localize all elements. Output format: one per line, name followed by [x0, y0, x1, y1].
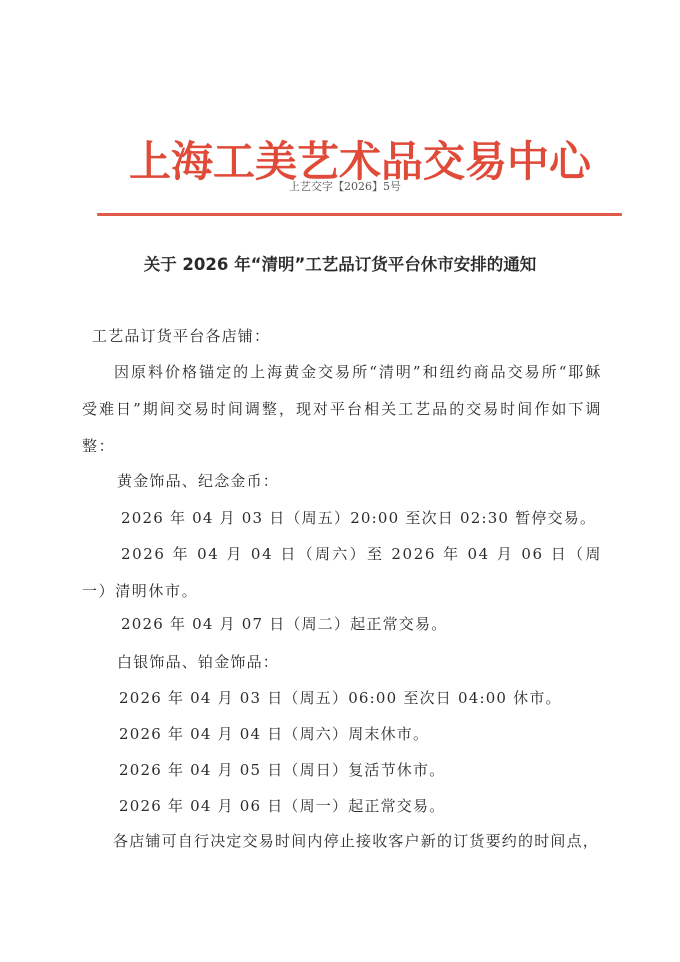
- silver-schedule-item: 2026 年 04 月 04 日（周六）周末休市。: [119, 724, 429, 744]
- silver-schedule-item: 2026 年 04 月 06 日（周一）起正常交易。: [119, 796, 445, 816]
- intro-paragraph: 因原料价格锚定的上海黄金交易所“清明”和纽约商品交易所“耶稣受难日”期间交易时间…: [82, 354, 602, 465]
- closing-paragraph: 各店铺可自行决定交易时间内停止接收客户新的订货要约的时间点，: [113, 831, 599, 851]
- gold-schedule-item: 2026 年 04 月 03 日（周五）20:00 至次日 02:30 暂停交易…: [121, 508, 596, 528]
- salutation: 工艺品订货平台各店铺：: [92, 326, 270, 346]
- section-heading-gold: 黄金饰品、纪念金币：: [117, 471, 279, 491]
- notice-title: 关于 2026 年“清明”工艺品订货平台休市安排的通知: [0, 253, 680, 277]
- silver-schedule-item: 2026 年 04 月 05 日（周日）复活节休市。: [119, 760, 445, 780]
- gold-schedule-item: 2026 年 04 月 07 日（周二）起正常交易。: [121, 614, 447, 634]
- section-heading-silver-platinum: 白银饰品、铂金饰品：: [117, 652, 279, 672]
- red-divider-line: [97, 213, 622, 216]
- gold-schedule-item: 2026 年 04 月 04 日（周六）至 2026 年 04 月 06 日（周…: [82, 536, 602, 610]
- silver-schedule-item: 2026 年 04 月 03 日（周五）06:00 至次日 04:00 休市。: [119, 688, 562, 708]
- document-number: 上艺交字【2026】5号: [270, 180, 420, 194]
